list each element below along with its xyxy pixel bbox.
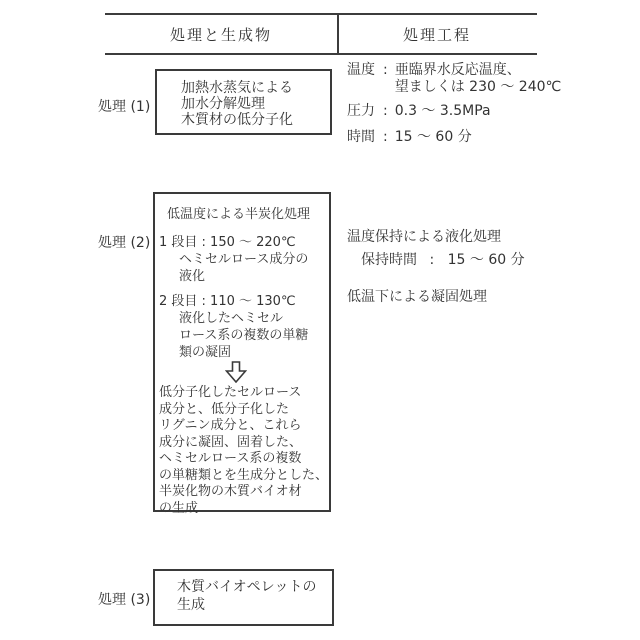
- result-text-line: 低分子化したセルロース: [159, 385, 327, 402]
- stage-1-heading: 1 段目 : 150 ～ 220℃: [159, 234, 327, 251]
- process-1-box: 加熱水蒸気による 加水分解処理 木質材の低分子化: [155, 69, 332, 135]
- result-text-line: 半炭化物の木質バイオ材: [159, 484, 327, 501]
- box2-title: 低温度による半炭化処理: [167, 206, 327, 223]
- condition-label: 時間: [347, 129, 375, 146]
- condition-value-line: 望ましくは 230 ～ 240℃: [395, 79, 562, 96]
- step-liquefaction-line: 温度保持による液化処理: [347, 229, 501, 246]
- box-line: 加水分解処理: [181, 96, 330, 112]
- condition-value: 15 ～ 60 分: [448, 252, 525, 268]
- box-line: 生成: [177, 597, 332, 615]
- stage-2-line: 類の凝固: [179, 344, 327, 361]
- condition-separator: :: [383, 62, 388, 79]
- process-2-label: 処理 (2): [98, 232, 150, 252]
- header-bottom-rule: [105, 53, 537, 55]
- condition-value: 亜臨界水反応温度、 望ましくは 230 ～ 240℃: [395, 62, 562, 95]
- result-text-line: ヘミセルロース系の複数: [159, 451, 327, 468]
- condition-label: 保持時間: [361, 252, 417, 268]
- step-solidification-line: 低温下による凝固処理: [347, 289, 487, 306]
- stage-1-line: ヘミセルロース成分の: [179, 251, 327, 268]
- condition-value: 0.3 ～ 3.5MPa: [395, 103, 491, 120]
- condition-label: 温度: [347, 62, 375, 79]
- condition-row-time: 時間 : 15 ～ 60 分: [347, 129, 472, 146]
- process-3-label: 処理 (3): [98, 589, 150, 609]
- step-holding-time-line: 保持時間 : 15 ～ 60 分: [361, 252, 525, 269]
- box2-result-text: 低分子化したセルロース 成分と、低分子化した リグニン成分と、これら 成分に凝固…: [159, 385, 327, 517]
- result-text-line: 成分と、低分子化した: [159, 402, 327, 419]
- header-col1-label: 処理と生成物: [170, 24, 272, 45]
- stage-2-line: 液化したヘミセル: [179, 310, 327, 327]
- condition-separator: :: [383, 103, 388, 120]
- down-block-arrow-icon: [225, 361, 327, 383]
- header-col2-label: 処理工程: [403, 24, 471, 45]
- result-text-line: 成分に凝固、固着した、: [159, 435, 327, 452]
- condition-separator: :: [383, 129, 388, 146]
- header-cell-processing-and-products: 処理と生成物: [105, 15, 337, 53]
- result-text-line: の生成: [159, 501, 327, 518]
- box-line: 加熱水蒸気による: [181, 80, 330, 96]
- condition-value: 15 ～ 60 分: [395, 129, 472, 146]
- box-line: 木質バイオペレットの: [177, 579, 332, 597]
- patent-process-flow-figure: 処理と生成物 処理工程 処理 (1) 加熱水蒸気による 加水分解処理 木質材の低…: [0, 0, 640, 640]
- header-cell-process-steps: 処理工程: [337, 15, 537, 53]
- stage-2-heading: 2 段目 : 110 ～ 130℃: [159, 293, 327, 310]
- result-text-line: リグニン成分と、これら: [159, 418, 327, 435]
- condition-separator: :: [429, 252, 434, 269]
- condition-row-temperature: 温度 : 亜臨界水反応温度、 望ましくは 230 ～ 240℃: [347, 62, 561, 95]
- process-1-label: 処理 (1): [98, 96, 150, 116]
- condition-row-pressure: 圧力 : 0.3 ～ 3.5MPa: [347, 103, 491, 120]
- process-2-box: 低温度による半炭化処理 1 段目 : 150 ～ 220℃ ヘミセルロース成分の…: [153, 192, 331, 512]
- stage-1-line: 液化: [179, 268, 327, 285]
- process-3-box: 木質バイオペレットの 生成: [153, 569, 334, 626]
- condition-value-line: 亜臨界水反応温度、: [395, 62, 562, 79]
- result-text-line: の単糖類とを生成分とした、: [159, 468, 327, 485]
- condition-label: 圧力: [347, 103, 375, 120]
- stage-2-line: ロース系の複数の単糖: [179, 327, 327, 344]
- box-line: 木質材の低分子化: [181, 112, 330, 128]
